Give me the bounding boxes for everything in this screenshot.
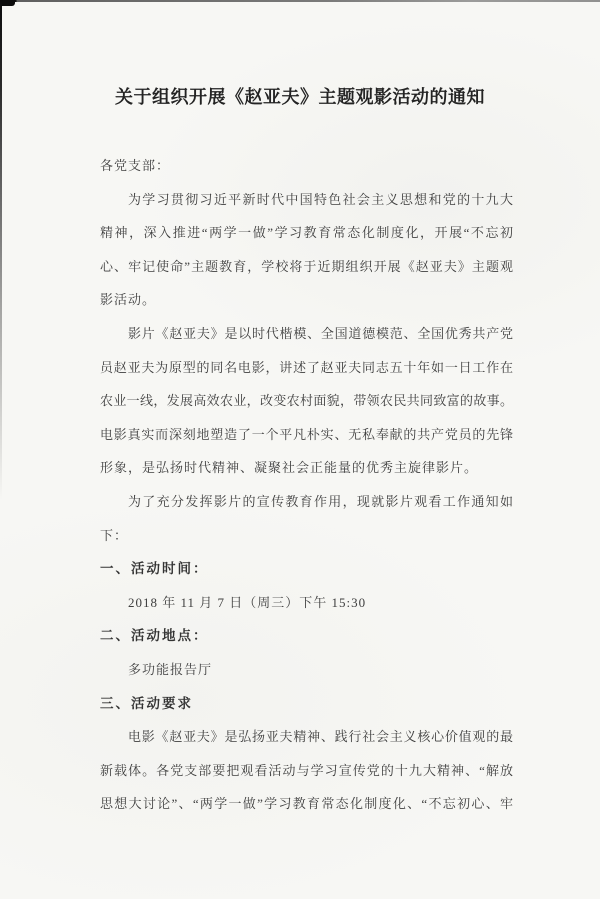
- document-line: 新载体。各党支部要把观看活动与学习宣传党的十九大精神、“解放: [100, 754, 513, 788]
- document-line: 农业一线，发展高效农业，改变农村面貌，带领农民共同致富的故事。: [100, 384, 513, 418]
- scanned-document-page: 关于组织开展《赵亚夫》主题观影活动的通知 各党支部：为学习贯彻习近平新时代中国特…: [0, 0, 600, 899]
- document-line: 电影《赵亚夫》是弘扬亚夫精神、践行社会主义核心价值观的最: [100, 720, 513, 754]
- document-line: 2018 年 11 月 7 日（周三）下午 15:30: [100, 586, 513, 620]
- document-line: 员赵亚夫为原型的同名电影，讲述了赵亚夫同志五十年如一日工作在: [100, 351, 513, 385]
- document-line: 下：: [100, 519, 513, 553]
- document-line: 电影真实而深刻地塑造了一个平凡朴实、无私奉献的共产党员的先锋: [100, 418, 513, 452]
- document-line: 精神，深入推进“两学一做”学习教育常态化制度化，开展“不忘初: [100, 216, 513, 250]
- document-line: 影活动。: [100, 283, 513, 317]
- document-body: 各党支部：为学习贯彻习近平新时代中国特色社会主义思想和党的十九大精神，深入推进“…: [100, 149, 513, 821]
- section-heading-line: 二、活动地点：: [100, 619, 513, 653]
- document-line: 思想大讨论”、“两学一做”学习教育常态化制度化、“不忘初心、牢: [100, 787, 513, 821]
- document-line: 影片《赵亚夫》是以时代楷模、全国道德模范、全国优秀共产党: [100, 317, 513, 351]
- section-heading-line: 三、活动要求: [100, 687, 513, 721]
- document-title: 关于组织开展《赵亚夫》主题观影活动的通知: [0, 84, 600, 110]
- document-line: 心、牢记使命”主题教育，学校将于近期组织开展《赵亚夫》主题观: [100, 250, 513, 284]
- scan-corner-artifact: [0, 0, 15, 6]
- document-line: 多功能报告厅: [100, 653, 513, 687]
- scan-left-edge-shadow: [0, 0, 2, 500]
- document-line: 为了充分发挥影片的宣传教育作用，现就影片观看工作通知如: [100, 485, 513, 519]
- document-line: 各党支部：: [100, 149, 513, 183]
- document-line: 形象，是弘扬时代精神、凝聚社会正能量的优秀主旋律影片。: [100, 451, 513, 485]
- document-line: 为学习贯彻习近平新时代中国特色社会主义思想和党的十九大: [100, 183, 513, 217]
- section-heading-line: 一、活动时间：: [100, 552, 513, 586]
- scan-top-edge-shadow: [0, 0, 600, 2]
